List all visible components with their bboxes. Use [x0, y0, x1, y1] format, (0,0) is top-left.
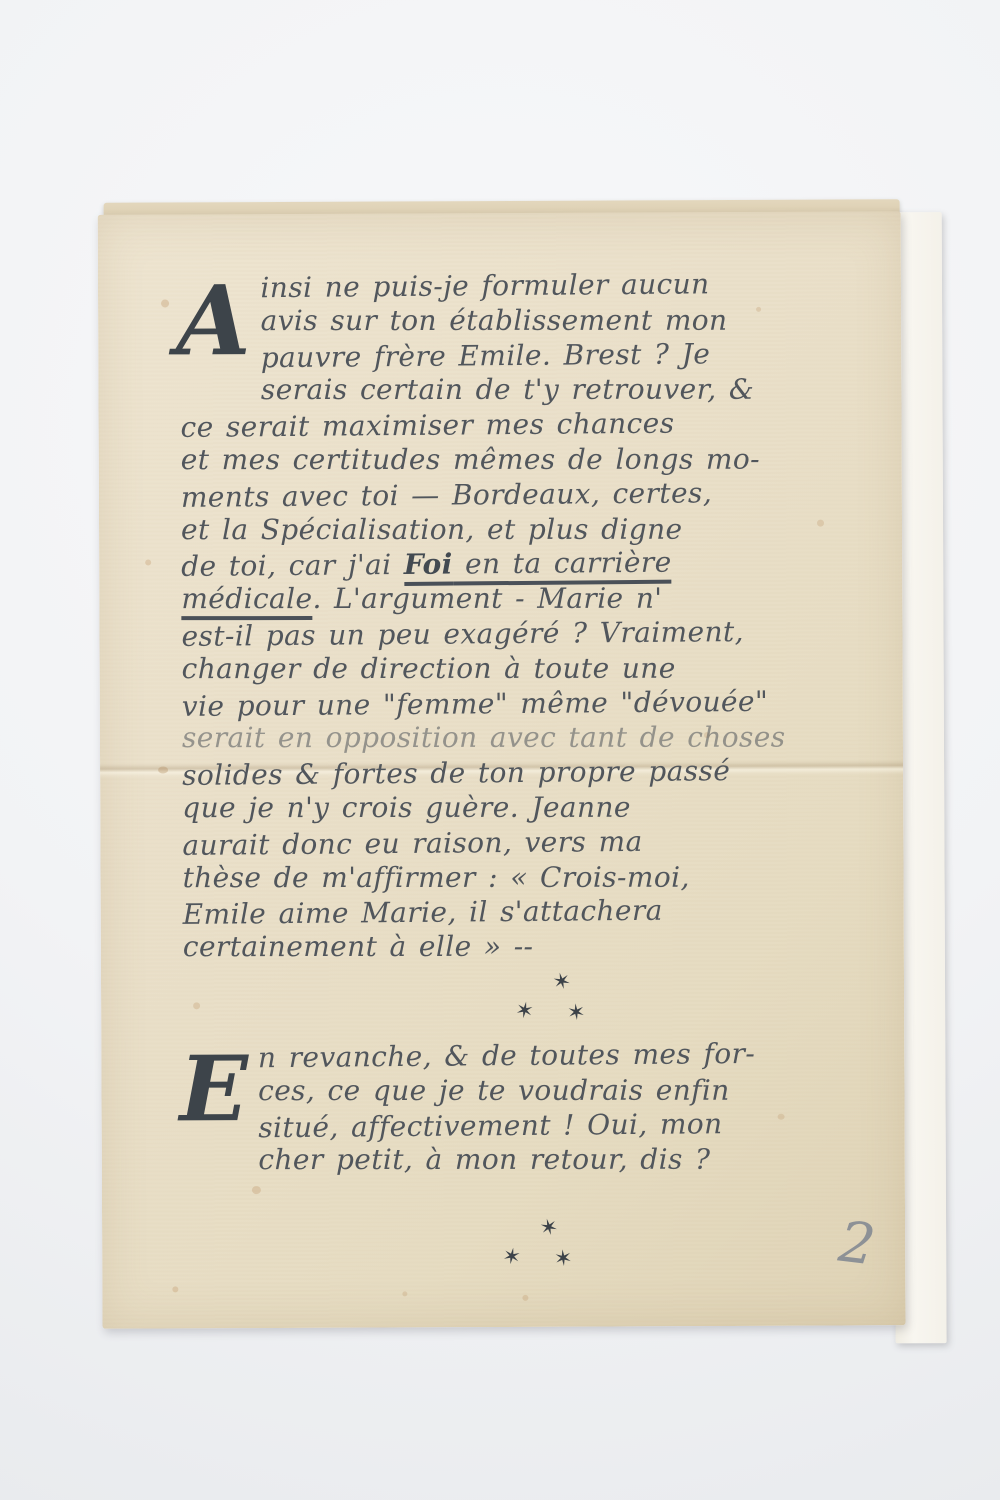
handwriting-line: serait en opposition avec tant de choses: [182, 721, 882, 756]
handwriting-line: pauvre frère Emile. Brest ? Je: [180, 335, 880, 376]
handwriting-line: thèse de m'affirmer : « Crois-moi,: [183, 860, 883, 895]
handwriting-line: cher petit, à mon retour, dis ?: [184, 1143, 884, 1178]
handwriting-line: certainement à elle » --: [183, 930, 883, 965]
paragraph-1-lines: insi ne puis-je formuler aucunavis sur t…: [180, 267, 883, 966]
handwriting-text: serait en opposition avec tant de choses: [182, 721, 786, 755]
handwriting-line: Emile aime Marie, il s'attachera: [183, 892, 883, 933]
handwriting-line: et mes certitudes mêmes de longs mo-: [181, 443, 881, 478]
foxing-spot: [172, 1286, 178, 1292]
underlined-text: en ta carrière: [453, 546, 672, 586]
asterism-top: ✶ ✶ ✶: [515, 973, 607, 1029]
handwriting-line: ce serait maximiser mes chances: [180, 405, 880, 446]
asterism-bottom: ✶ ✶ ✶: [502, 1220, 594, 1276]
handwriting-text: de toi, car j'ai: [181, 548, 404, 583]
handwriting-text: cher petit, à mon retour, dis ?: [258, 1143, 710, 1176]
handwriting-line: insi ne puis-je formuler aucun: [180, 266, 880, 307]
handwriting-text: Emile aime Marie, il s'attachera: [183, 894, 663, 931]
foxing-spot: [158, 766, 168, 773]
star-icon: ✶: [513, 999, 535, 1024]
handwriting-text: insi ne puis-je formuler aucun: [260, 267, 709, 304]
handwriting-text: certainement à elle » --: [183, 930, 534, 963]
handwriting-line: est-il pas un peu exagéré ? Vraiment,: [181, 614, 881, 655]
handwriting-text: pauvre frère Emile. Brest ? Je: [261, 337, 711, 374]
foxing-spot: [522, 1295, 528, 1301]
pencil-page-number: 2: [835, 1210, 878, 1279]
paragraph-1: A insi ne puis-je formuler aucunavis sur…: [180, 267, 883, 966]
star-icon: ✶: [538, 1216, 561, 1242]
handwriting-line: et la Spécialisation, et plus digne: [181, 512, 881, 547]
handwriting-line: situé, affectivement ! Oui, mon: [184, 1105, 884, 1146]
handwriting-text: . L'argument - Marie n': [312, 582, 662, 615]
foxing-spot: [145, 560, 151, 566]
handwriting-line: changer de direction à toute une: [182, 651, 882, 686]
handwriting-text: est-il pas un peu exagéré ? Vraiment,: [181, 615, 744, 653]
handwriting-text: thèse de m'affirmer : « Crois-moi,: [183, 860, 690, 893]
handwriting-text: ments avec toi — Bordeaux, certes,: [181, 476, 712, 514]
star-icon: ✶: [566, 1002, 586, 1026]
handwriting-line: de toi, car j'ai Foi en ta carrière: [181, 544, 881, 585]
handwriting-text: serais certain de t'y retrouver, &: [261, 373, 754, 406]
handwriting-line: médicale. L'argument - Marie n': [181, 582, 881, 617]
handwriting-text: et mes certitudes mêmes de longs mo-: [181, 443, 760, 477]
handwriting-line: vie pour une "femme" même "dévouée": [182, 683, 882, 724]
foxing-spot: [402, 1291, 407, 1296]
handwriting-line: avis sur ton établissement mon: [180, 303, 880, 338]
handwriting-text: solides & fortes de ton propre passé: [182, 754, 730, 792]
handwriting-line: que je n'y crois guère. Jeanne: [182, 791, 882, 826]
handwriting-text: et la Spécialisation, et plus digne: [181, 512, 682, 545]
handwriting-text: situé, affectivement ! Oui, mon: [258, 1107, 723, 1144]
handwriting-line: solides & fortes de ton propre passé: [182, 753, 882, 794]
photo-background: A insi ne puis-je formuler aucunavis sur…: [0, 0, 1000, 1500]
handwriting-text: ces, ce que je te voudrais enfin: [258, 1073, 730, 1106]
handwriting-block: A insi ne puis-je formuler aucunavis sur…: [180, 267, 884, 1286]
handwriting-line: ments avec toi — Bordeaux, certes,: [181, 475, 881, 516]
letter-sheet: A insi ne puis-je formuler aucunavis sur…: [98, 211, 906, 1328]
underlined-text: Foi: [404, 548, 453, 586]
handwriting-text: que je n'y crois guère. Jeanne: [182, 791, 631, 824]
handwriting-text: n revanche, & de toutes mes for-: [258, 1037, 756, 1074]
handwriting-text: avis sur ton établissement mon: [261, 303, 728, 336]
underlined-text: médicale: [181, 582, 312, 620]
handwriting-text: aurait donc eu raison, vers ma: [182, 825, 642, 862]
handwriting-text: changer de direction à toute une: [182, 652, 676, 685]
handwriting-line: n revanche, & de toutes mes for-: [183, 1036, 883, 1077]
handwriting-line: ces, ce que je te voudrais enfin: [183, 1073, 883, 1108]
star-icon: ✶: [553, 1248, 573, 1272]
star-icon: ✶: [551, 970, 574, 996]
paragraph-2: E n revanche, & de toutes mes for-ces, c…: [183, 1037, 884, 1179]
handwriting-text: ce serait maximiser mes chances: [180, 407, 674, 444]
paragraph-2-lines: n revanche, & de toutes mes for-ces, ce …: [183, 1037, 884, 1179]
handwriting-line: aurait donc eu raison, vers ma: [182, 823, 882, 864]
photo-wrapper: A insi ne puis-je formuler aucunavis sur…: [0, 0, 1000, 1500]
star-icon: ✶: [500, 1246, 522, 1271]
foxing-spot: [161, 299, 169, 307]
handwriting-line: serais certain de t'y retrouver, &: [180, 373, 880, 408]
handwriting-text: vie pour une "femme" même "dévouée": [182, 684, 769, 722]
